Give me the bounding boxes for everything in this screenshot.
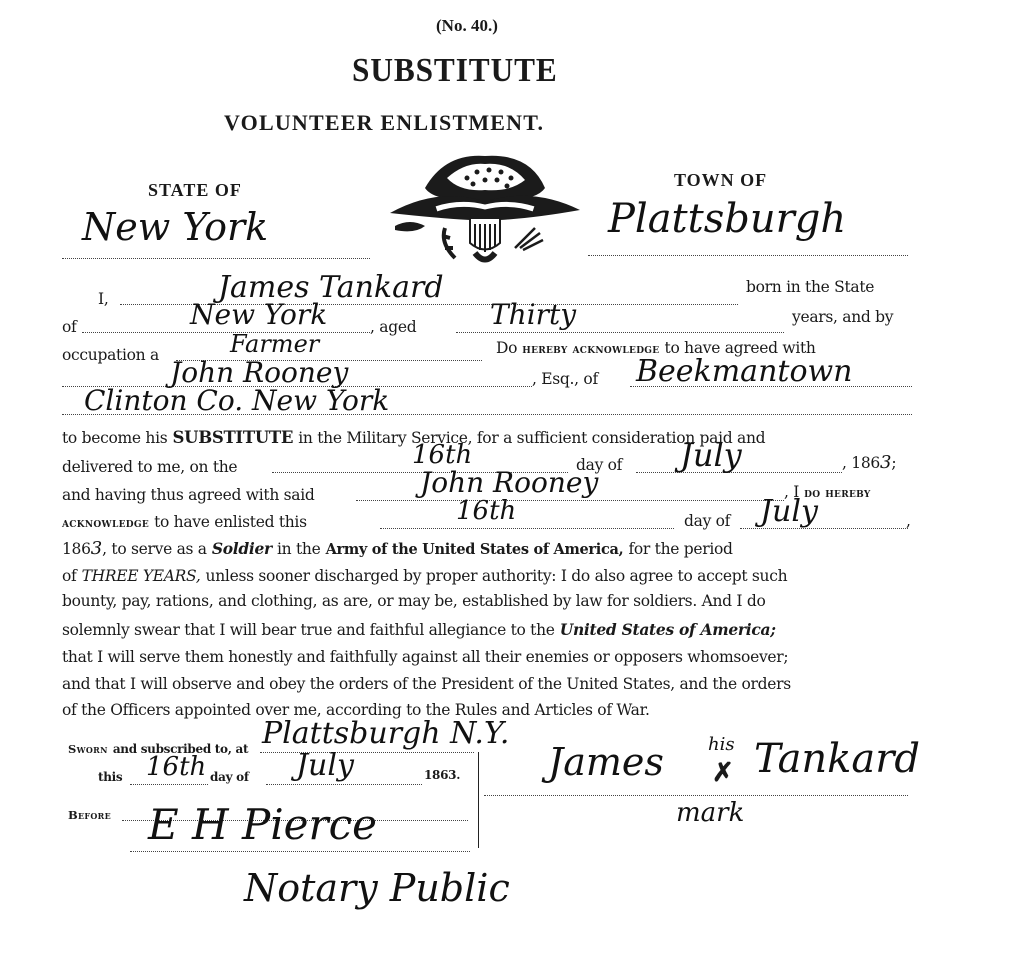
town-label: TOWN OF bbox=[674, 170, 767, 191]
consideration-year-digit: 3 bbox=[880, 452, 891, 473]
page-subtitle: VOLUNTEER ENLISTMENT. bbox=[224, 110, 544, 136]
soldier-text: Soldier bbox=[212, 539, 272, 558]
line10-p2: in the bbox=[277, 540, 320, 558]
state-label: STATE OF bbox=[148, 180, 242, 201]
signature-mark-cross-icon: ✗ bbox=[712, 758, 734, 788]
state-value: New York bbox=[82, 205, 268, 249]
town-value: Plattsburgh bbox=[608, 196, 846, 242]
substitute-bold: SUBSTITUTE bbox=[172, 428, 293, 447]
line8-prefix: and having thus agreed with said bbox=[62, 486, 315, 504]
line1-prefix: I, bbox=[98, 290, 108, 308]
sworn-this-label: this bbox=[98, 770, 122, 784]
line9-end: , bbox=[906, 512, 911, 530]
signature-last-name: Tankard bbox=[754, 736, 920, 782]
sworn-year: 1863. bbox=[424, 768, 460, 782]
sworn-day-of-label: day of bbox=[210, 770, 249, 784]
sworn-place-value: Plattsburgh N.Y. bbox=[262, 716, 509, 751]
term-text: THREE YEARS, bbox=[82, 567, 201, 585]
officer-signature: E H Pierce bbox=[148, 800, 377, 849]
principal-county-value: Clinton Co. New York bbox=[84, 384, 389, 417]
line12: bounty, pay, rations, and clothing, as a… bbox=[62, 592, 766, 610]
sworn-month-field-line bbox=[266, 784, 422, 785]
line10-p3: for the period bbox=[628, 540, 732, 558]
line7-end: ; bbox=[891, 454, 896, 472]
officer-field-line-2 bbox=[130, 851, 470, 852]
line2-suffix: years, and by bbox=[792, 308, 893, 326]
sworn-month-value: July bbox=[296, 748, 354, 783]
enlist-month-value: July bbox=[760, 494, 818, 529]
line14: that I will serve them honestly and fait… bbox=[62, 648, 788, 666]
birth-state-field-line bbox=[82, 332, 370, 333]
sworn-label-sc: Sworn bbox=[68, 742, 108, 756]
enlist-year-prefix: 186 bbox=[62, 540, 91, 558]
before-label: Before bbox=[68, 808, 111, 822]
army-text: Army of the United States of America, bbox=[326, 541, 624, 558]
line11-p1: unless sooner discharged by proper autho… bbox=[206, 567, 788, 585]
agreed-principal-field-line bbox=[356, 500, 784, 501]
form-number: (No. 40.) bbox=[436, 16, 498, 36]
line15: and that I will observe and obey the ord… bbox=[62, 675, 791, 693]
age-field-line bbox=[456, 332, 784, 333]
line9-acknowledge: acknowledge bbox=[62, 516, 149, 531]
town-field-line bbox=[588, 255, 908, 256]
occupation-value: Farmer bbox=[230, 330, 319, 358]
page-title: SUBSTITUTE bbox=[352, 52, 558, 90]
signature-first-name: James bbox=[548, 740, 664, 784]
sworn-day-value: 16th bbox=[146, 752, 206, 782]
agreed-principal-value: John Rooney bbox=[420, 466, 598, 499]
enlist-day-field-line bbox=[380, 528, 674, 529]
enlist-year-digit: 3 bbox=[91, 538, 102, 559]
state-field-line bbox=[62, 258, 370, 259]
line11-p0: of bbox=[62, 567, 76, 585]
line3-prefix: occupation a bbox=[62, 346, 159, 364]
ack-do: Do bbox=[496, 339, 517, 357]
line13-p1: solemnly swear that I will bear true and… bbox=[62, 621, 555, 639]
consideration-month-value: July bbox=[680, 436, 742, 474]
age-value: Thirty bbox=[490, 298, 576, 331]
line9-prefix: to have enlisted this bbox=[154, 513, 307, 531]
line7-prefix: delivered to me, on the bbox=[62, 458, 237, 476]
signature-field-line bbox=[484, 795, 908, 796]
principal-town-value: Beekmantown bbox=[636, 354, 853, 389]
sworn-brace bbox=[478, 752, 479, 848]
aged-label: , aged bbox=[370, 318, 416, 336]
sworn-place-field-line bbox=[260, 752, 474, 753]
officer-title: Notary Public bbox=[244, 866, 510, 910]
sworn-day-field-line bbox=[130, 784, 208, 785]
usa-text: United States of America; bbox=[560, 620, 776, 639]
birth-state-value: New York bbox=[190, 298, 327, 331]
enlist-day-value: 16th bbox=[456, 496, 516, 526]
line6-p1: to become his bbox=[62, 429, 167, 447]
line9-day-of: day of bbox=[684, 512, 730, 530]
line1-suffix: born in the State bbox=[746, 278, 874, 296]
signature-mark: mark bbox=[676, 798, 744, 828]
consideration-year-prefix: , 186 bbox=[842, 454, 880, 472]
signature-his: his bbox=[708, 734, 735, 755]
line2-prefix: of bbox=[62, 318, 76, 336]
line10-p1: , to serve as a bbox=[102, 540, 207, 558]
esq-label: , Esq., of bbox=[532, 370, 598, 388]
eagle-shield-emblem-icon bbox=[385, 148, 585, 268]
